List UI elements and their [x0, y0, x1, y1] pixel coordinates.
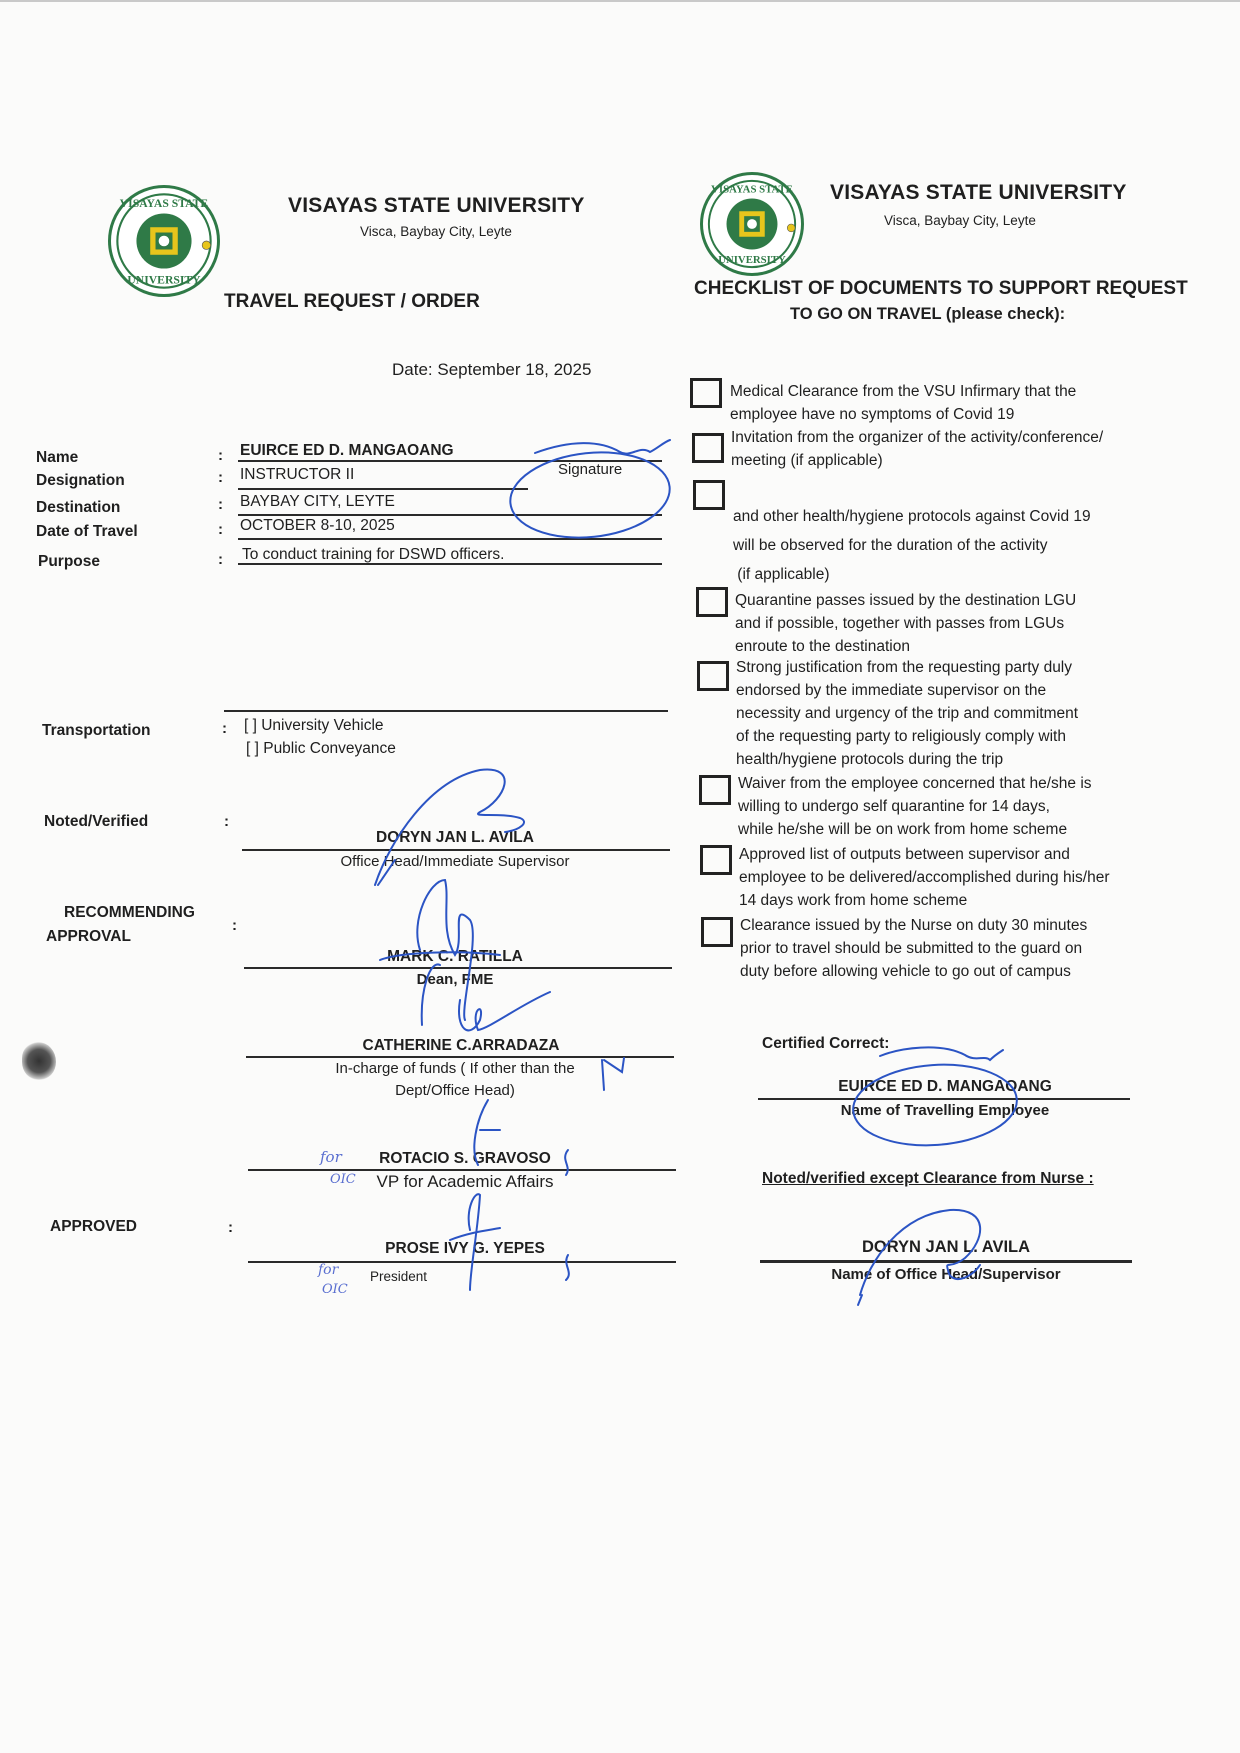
colon: : [222, 720, 227, 737]
university-seal-logo: VISAYAS STATE UNIVERSITY [108, 185, 220, 297]
checkbox-medical-clearance[interactable] [690, 378, 722, 408]
checklist-item-medical-clearance: Medical Clearance from the VSU Infirmary… [730, 380, 1076, 426]
date-of-travel-rule [238, 538, 662, 540]
president-signature-rule [248, 1261, 676, 1263]
travelling-employee-name: EUIRCE ED D. MANGAOANG [760, 1078, 1130, 1096]
checklist-subtitle: TO GO ON TRAVEL (please check): [790, 305, 1065, 324]
president-role: President [370, 1269, 427, 1284]
svg-text:VISAYAS STATE: VISAYAS STATE [120, 197, 209, 210]
checklist-item-strong-justification: Strong justification from the requesting… [736, 656, 1078, 771]
noted-verified-label: Noted/Verified [44, 813, 148, 831]
destination-value: BAYBAY CITY, LEYTE [240, 493, 395, 511]
approved-label: APPROVED [50, 1218, 137, 1236]
destination-rule [238, 514, 662, 516]
date-of-travel-label: Date of Travel [36, 523, 138, 541]
noted-signatory-name: DORYN JAN L. AVILA [240, 829, 670, 847]
university-address: Visca, Baybay City, Leyte [360, 224, 512, 239]
university-address-right: Visca, Baybay City, Leyte [884, 213, 1036, 228]
date-of-travel-value: OCTOBER 8-10, 2025 [240, 517, 395, 535]
vpaa-role: VP for Academic Affairs [250, 1172, 680, 1192]
purpose-label: Purpose [38, 553, 100, 571]
transportation-label: Transportation [42, 722, 151, 740]
travelling-employee-role: Name of Travelling Employee [760, 1102, 1130, 1119]
funds-incharge-role-line2: Dept/Office Head) [240, 1082, 670, 1099]
noted-except-label: Noted/verified except Clearance from Nur… [762, 1170, 1094, 1188]
handwritten-for-annotation: for [320, 1148, 342, 1166]
checklist-title: CHECKLIST OF DOCUMENTS TO SUPPORT REQUES… [694, 278, 1188, 300]
name-value: EUIRCE ED D. MANGAOANG [240, 442, 454, 460]
designation-value: INSTRUCTOR II [240, 466, 354, 484]
vpaa-signature-rule [248, 1169, 676, 1171]
checklist-item-waiver: Waiver from the employee concerned that … [738, 772, 1092, 841]
colon: : [218, 469, 223, 486]
dean-name: MARK C. RATILLA [240, 948, 670, 966]
checkbox-approved-outputs[interactable] [700, 845, 732, 875]
handwritten-oic-annotation: OIC [330, 1172, 356, 1187]
colon: : [228, 1219, 233, 1236]
colon: : [218, 447, 223, 464]
office-head-role: Name of Office Head/Supervisor [760, 1266, 1132, 1283]
colon: : [218, 551, 223, 568]
checklist-item-health-protocols: and other health/hygiene protocols again… [733, 502, 1091, 589]
dean-signature-rule [244, 967, 672, 969]
svg-text:UNIVERSITY: UNIVERSITY [718, 254, 786, 266]
form-title: TRAVEL REQUEST / ORDER [224, 291, 480, 313]
office-head-signature-icon [858, 1210, 980, 1305]
funds-signature-rule [246, 1056, 674, 1058]
travelling-employee-rule [758, 1098, 1130, 1100]
noted-signatory-role: Office Head/Immediate Supervisor [240, 853, 670, 870]
checkbox-waiver[interactable] [699, 775, 731, 805]
checkbox-health-protocols[interactable] [693, 480, 725, 510]
option-university-vehicle[interactable]: [ ] University Vehicle [244, 717, 384, 735]
designation-label: Designation [36, 472, 125, 490]
checklist-item-quarantine-passes: Quarantine passes issued by the destinat… [735, 589, 1076, 658]
certified-correct-label: Certified Correct: [762, 1035, 889, 1053]
checklist-item-approved-outputs: Approved list of outputs between supervi… [739, 843, 1110, 912]
recommending-label: RECOMMENDING [64, 904, 195, 922]
university-seal-logo-right: VISAYAS STATE UNIVERSITY [700, 172, 804, 276]
request-date: Date: September 18, 2025 [392, 360, 591, 380]
option-public-conveyance[interactable]: [ ] Public Conveyance [246, 740, 396, 758]
handwritten-oic-annotation: OIC [322, 1282, 348, 1297]
colon: : [218, 496, 223, 513]
purpose-value: To conduct training for DSWD officers. [242, 546, 504, 564]
president-name: PROSE IVY G. YEPES [250, 1240, 680, 1258]
ink-smudge [22, 1042, 56, 1080]
colon: : [218, 521, 223, 538]
applicant-signature-icon [506, 440, 674, 545]
designation-rule [238, 488, 528, 490]
checkbox-invitation[interactable] [692, 433, 724, 463]
office-head-name: DORYN JAN L. AVILA [760, 1238, 1132, 1257]
checkbox-quarantine-passes[interactable] [696, 587, 728, 617]
office-head-rule [760, 1260, 1132, 1263]
funds-incharge-role-line1: In-charge of funds ( If other than the [240, 1060, 670, 1077]
name-label: Name [36, 449, 78, 467]
checkbox-nurse-clearance[interactable] [701, 917, 733, 947]
purpose-rule [238, 563, 662, 565]
signature-label: Signature [558, 461, 622, 478]
scan-edge-line [0, 0, 1240, 2]
dean-role: Dean, FME [240, 971, 670, 988]
svg-text:UNIVERSITY: UNIVERSITY [127, 273, 201, 286]
seal-icon: VISAYAS STATE UNIVERSITY [111, 188, 217, 294]
university-name-right: VISAYAS STATE UNIVERSITY [830, 181, 1127, 205]
checklist-item-invitation: Invitation from the organizer of the act… [731, 426, 1103, 472]
checklist-item-nurse-clearance: Clearance issued by the Nurse on duty 30… [740, 914, 1087, 983]
svg-text:VISAYAS STATE: VISAYAS STATE [711, 184, 793, 196]
transportation-rule [224, 710, 668, 712]
noted-signature-rule [242, 849, 670, 851]
destination-label: Destination [36, 499, 120, 517]
colon: : [232, 917, 237, 934]
funds-incharge-name: CATHERINE C.ARRADAZA [246, 1037, 676, 1055]
colon: : [224, 813, 229, 830]
approval-label: APPROVAL [46, 928, 131, 946]
university-name: VISAYAS STATE UNIVERSITY [288, 194, 585, 218]
checkbox-strong-justification[interactable] [697, 661, 729, 691]
handwritten-for-annotation: for [318, 1262, 338, 1278]
vpaa-name: ROTACIO S. GRAVOSO [250, 1150, 680, 1168]
seal-icon: VISAYAS STATE UNIVERSITY [703, 175, 801, 273]
